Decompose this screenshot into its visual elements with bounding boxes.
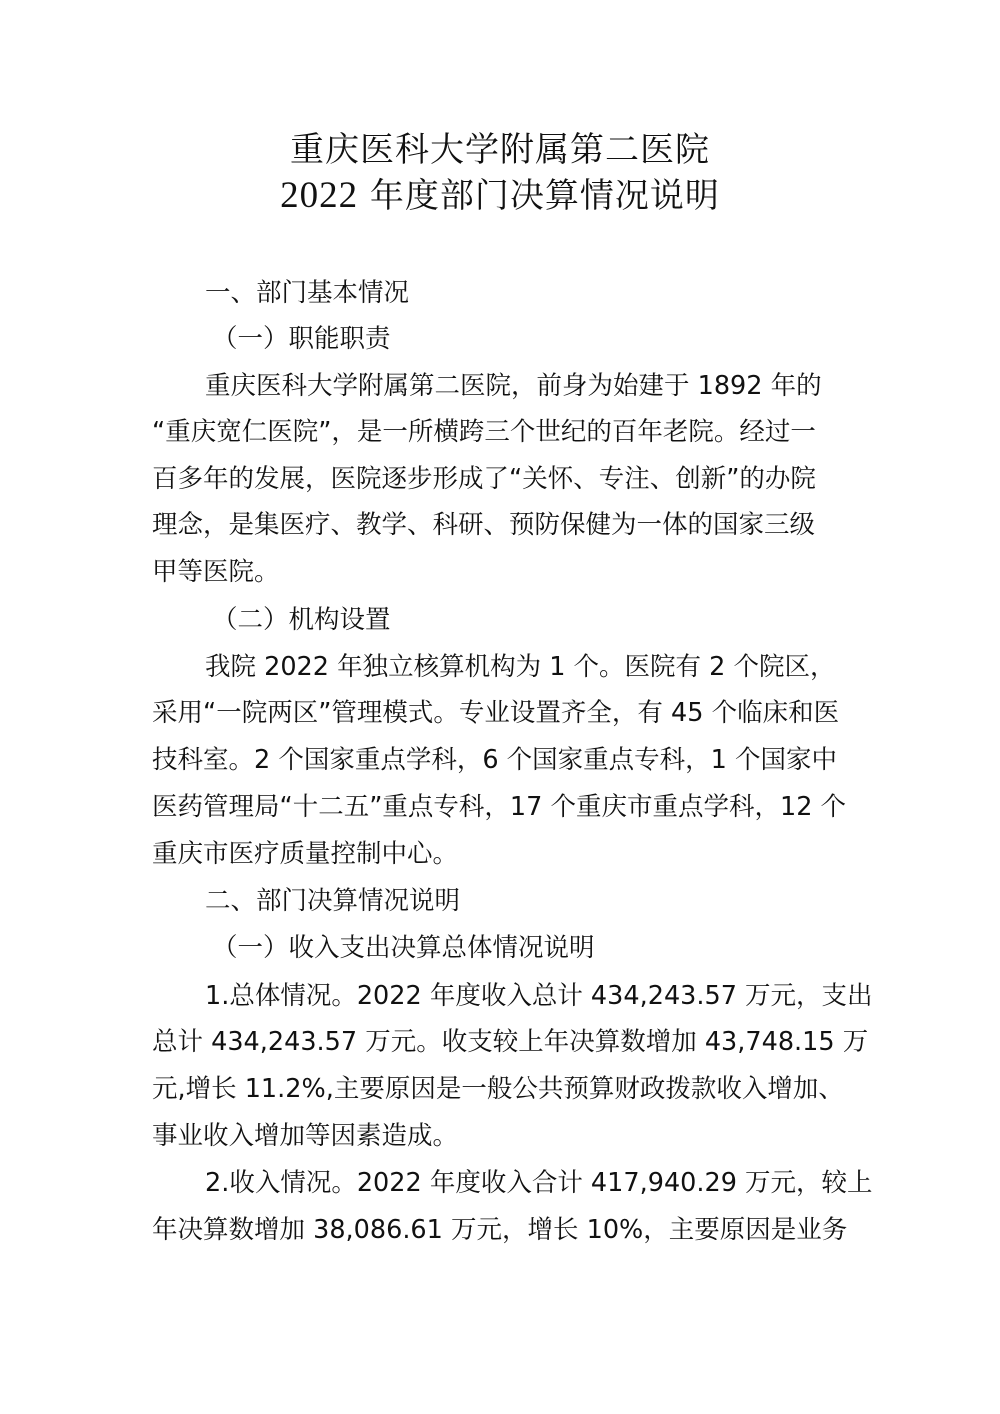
paragraph-line: 医药管理局“十二五”重点专科，17 个重庆市重点学科，12 个 [152,790,852,824]
document-title-line1: 重庆医科大学附属第二医院 [0,128,1000,172]
paragraph-line: 技科室。2 个国家重点学科，6 个国家重点专科，1 个国家中 [152,743,852,777]
title-year: 2022 [280,175,358,216]
paragraph-line: 年决算数增加 38,086.61 万元，增长 10%，主要原因是业务 [152,1213,852,1247]
paragraph-line: 事业收入增加等因素造成。 [152,1119,852,1153]
title-rest: 年度部门决算情况说明 [358,176,720,216]
section-heading-basic-info: 一、部门基本情况 [205,276,905,310]
paragraph-line: 百多年的发展，医院逐步形成了“关怀、专注、创新”的办院 [152,462,852,496]
title-text: 重庆医科大学附属第二医院 [290,130,710,170]
paragraph-line: “重庆宽仁医院”，是一所横跨三个世纪的百年老院。经过一 [152,415,852,449]
section-heading-final-accounts: 二、部门决算情况说明 [205,884,905,918]
subsection-heading-income-expenditure: （一）收入支出决算总体情况说明 [212,931,912,965]
paragraph-line: 元,增长 11.2%,主要原因是一般公共预算财政拨款收入增加、 [152,1072,852,1106]
document-page: 重庆医科大学附属第二医院 2022 年度部门决算情况说明 一、部门基本情况 （一… [0,0,1000,1414]
paragraph-line: 理念，是集医疗、教学、科研、预防保健为一体的国家三级 [152,508,852,542]
paragraph-line: 采用“一院两区”管理模式。专业设置齐全，有 45 个临床和医 [152,696,852,730]
subsection-heading-organization: （二）机构设置 [212,603,912,637]
paragraph-line: 总计 434,243.57 万元。收支较上年决算数增加 43,748.15 万 [152,1025,852,1059]
paragraph-line: 重庆市医疗质量控制中心。 [152,837,852,871]
paragraph-line: 甲等医院。 [152,555,852,589]
paragraph-line: 重庆医科大学附属第二医院，前身为始建于 1892 年的 [205,369,905,403]
subsection-heading-duties: （一）职能职责 [212,322,912,356]
paragraph-line: 2.收入情况。2022 年度收入合计 417,940.29 万元，较上 [205,1166,905,1200]
document-title-line2: 2022 年度部门决算情况说明 [0,174,1000,218]
paragraph-line: 1.总体情况。2022 年度收入总计 434,243.57 万元，支出 [205,979,905,1013]
paragraph-line: 我院 2022 年独立核算机构为 1 个。医院有 2 个院区， [205,650,905,684]
